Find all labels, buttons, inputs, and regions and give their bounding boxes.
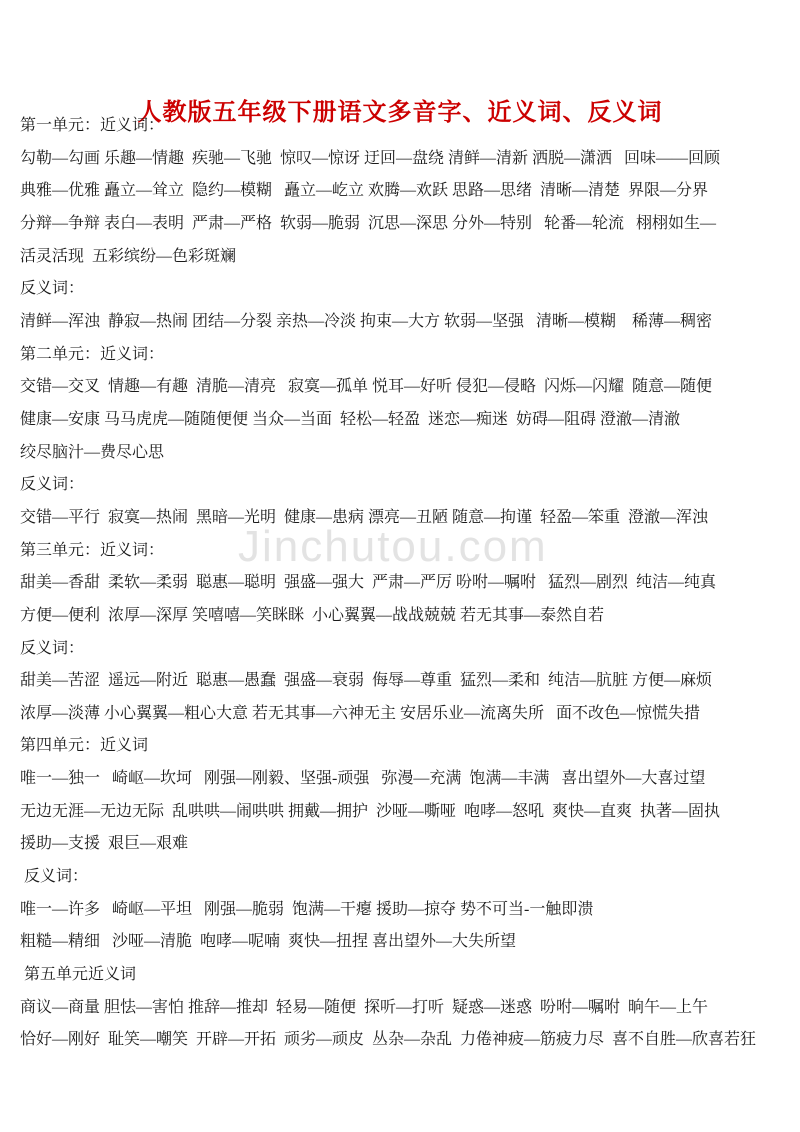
- text-line: 勾勒—勾画 乐趣—情趣 疾驰—飞驰 惊叹—惊讶 迂回—盘绕 清鲜—清新 洒脱—潇…: [20, 143, 790, 176]
- text-line: 分辩—争辩 表白—表明 严肃—严格 软弱—脆弱 沉思—深思 分外—特别 轮番—轮…: [20, 208, 790, 241]
- text-line: 反义词：: [20, 633, 790, 666]
- text-line: 健康—安康 马马虎虎—随随便便 当众—当面 轻松—轻盈 迷恋—痴迷 妨碍—阻碍 …: [20, 404, 790, 437]
- text-line: 交错—交叉 情趣—有趣 清脆—清亮 寂寞—孤单 悦耳—好听 侵犯—侵略 闪烁—闪…: [20, 371, 790, 404]
- text-line: 第二单元：近义词：: [20, 339, 790, 372]
- text-line: 商议—商量 胆怯—害怕 推辞—推却 轻易—随便 探听—打听 疑惑—迷惑 吩咐—嘱…: [20, 992, 790, 1025]
- text-line: 方便—便利 浓厚—深厚 笑嘻嘻—笑眯眯 小心翼翼—战战兢兢 若无其事—泰然自若: [20, 600, 790, 633]
- text-line: 反义词：: [20, 469, 790, 502]
- document-page: Jinchutou.com 人教版五年级下册语文多音字、近义词、反义词 第一单元…: [0, 0, 800, 1132]
- text-line: 第三单元：近义词：: [20, 535, 790, 568]
- text-line: 第四单元：近义词: [20, 730, 790, 763]
- text-line: 第五单元近义词: [20, 959, 790, 992]
- text-line: 援助—支援 艰巨—艰难: [20, 828, 790, 861]
- text-line: 甜美—香甜 柔软—柔弱 聪惠—聪明 强盛—强大 严肃—严厉 吩咐—嘱咐 猛烈—剧…: [20, 567, 790, 600]
- text-line: 浓厚—淡薄 小心翼翼—粗心大意 若无其事—六神无主 安居乐业—流离失所 面不改色…: [20, 698, 790, 731]
- text-line: 无边无涯—无边无际 乱哄哄—闹哄哄 拥戴—拥护 沙哑—嘶哑 咆哮—怒吼 爽快—直…: [20, 796, 790, 829]
- text-line: 绞尽脑汁—费尽心思: [20, 437, 790, 470]
- text-line: 粗糙—精细 沙哑—清脆 咆哮—呢喃 爽快—扭捏 喜出望外—大失所望: [20, 926, 790, 959]
- text-line: 反义词：: [20, 273, 790, 306]
- text-line: 反义词：: [20, 861, 790, 894]
- text-line: 交错—平行 寂寞—热闹 黑暗—光明 健康—患病 漂亮—丑陋 随意—拘谨 轻盈—笨…: [20, 502, 790, 535]
- text-line: 唯一—独一 崎岖—坎坷 刚强—刚毅、坚强-顽强 弥漫—充满 饱满—丰满 喜出望外…: [20, 763, 790, 796]
- text-line: 活灵活现 五彩缤纷—色彩斑斓: [20, 241, 790, 274]
- text-line: 甜美—苦涩 遥远—附近 聪惠—愚蠢 强盛—衰弱 侮辱—尊重 猛烈—柔和 纯洁—肮…: [20, 665, 790, 698]
- text-line: 恰好—刚好 耻笑—嘲笑 开辟—开拓 顽劣—顽皮 丛杂—杂乱 力倦神疲—筋疲力尽 …: [20, 1024, 790, 1057]
- text-line: 清鲜—浑浊 静寂—热闹 团结—分裂 亲热—冷淡 拘束—大方 软弱—坚强 清晰—模…: [20, 306, 790, 339]
- text-line: 唯一—许多 崎岖—平坦 刚强—脆弱 饱满—干瘪 援助—掠夺 势不可当-一触即溃: [20, 894, 790, 927]
- document-lines: 第一单元：近义词：勾勒—勾画 乐趣—情趣 疾驰—飞驰 惊叹—惊讶 迂回—盘绕 清…: [20, 110, 790, 1057]
- text-line: 典雅—优雅 矗立—耸立 隐约—模糊 矗立—屹立 欢腾—欢跃 思路—思绪 清晰—清…: [20, 175, 790, 208]
- text-line: 第一单元：近义词：: [20, 110, 790, 143]
